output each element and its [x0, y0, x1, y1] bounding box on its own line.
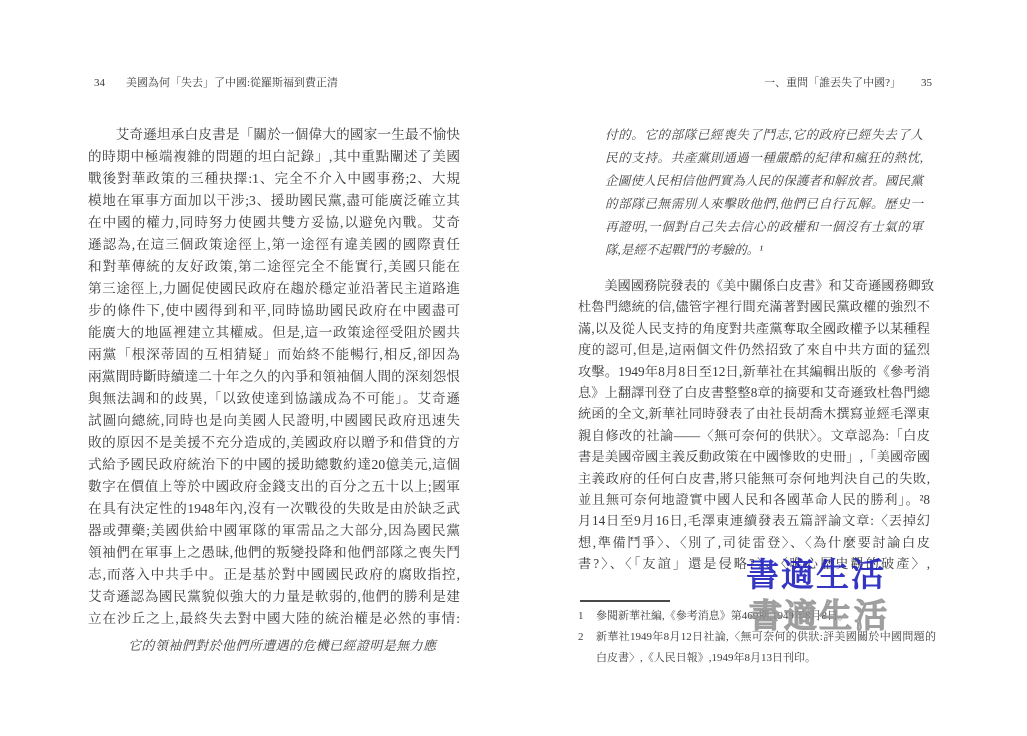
text-line: 隊,是經不起戰鬥的考驗的。¹: [605, 239, 923, 262]
text-line: 志,而落入中共手中。正是基於對中國國民政府的腐敗指控,: [88, 564, 460, 586]
text-line: 敗的原因不是美援不充分造成的,美國政府以贈予和借貸的方: [88, 432, 460, 454]
text-line: 杜魯門總統的信,儘管字裡行間充滿著對國民黨政權的強烈不: [578, 296, 930, 317]
left-page-number: 34: [94, 77, 105, 90]
text-line: 在中國的權力,同時努力使國共雙方妥協,以避免內戰。艾奇: [88, 212, 460, 234]
text-line: 步的條件下,使中國得到和平,同時協助國民政府在中國盡可: [88, 300, 460, 322]
text-line: 月14日至9月16日,毛澤東連續發表五篇評論文章:〈丟掉幻: [578, 510, 930, 531]
footnote-1-number: 1: [578, 606, 596, 627]
text-line: 的部隊已無需別人來擊敗他們,他們已自行瓦解。歷史一: [605, 193, 923, 216]
text-line: 息》上翻譯刊登了白皮書整整8章的摘要和艾奇遜致杜魯門總: [578, 382, 930, 403]
watermark-gray-outline: 書適生活: [749, 590, 889, 637]
right-page-quote: 付的。它的部隊已經喪失了鬥志,它的政府已經失去了人民的支持。共產黨則通過一種嚴酷…: [605, 124, 923, 262]
right-running-header: 一、重問「誰丟失了中國?」 35: [764, 77, 932, 90]
book-spread: 34 美國為何「失去」了中國:從羅斯福到費正清 一、重問「誰丟失了中國?」 35…: [0, 0, 1027, 736]
right-page-body-paragraph: 美國國務院發表的《美中關係白皮書》和艾奇遜國務卿致杜魯門總統的信,儘管字裡行間充…: [578, 275, 930, 574]
text-line: 第三途徑上,力圖促使國民政府在趨於穩定並沿著民主道路進: [88, 278, 460, 300]
footnote-separator-rule: [580, 600, 670, 602]
text-line: 並且無可奈何地證實中國人民和各國革命人民的勝利」。²8: [578, 489, 930, 510]
text-line: 式給予國民政府統治下的中國的援助總數約達20億美元,這個: [88, 454, 460, 476]
text-line: 再證明,一個對自己失去信心的政權和一個沒有士氣的軍: [605, 216, 923, 239]
text-line: 與無法調和的歧異,「以致使達到協議成為不可能」。艾奇遜: [88, 388, 460, 410]
text-line: 攻擊。1949年8月8日至12日,新華社在其編輯出版的《參考消: [578, 361, 930, 382]
text-line: 親自修改的社論——〈無可奈何的供狀〉。文章認為:「白皮: [578, 425, 930, 446]
text-line: 書是美國帝國主義反動政策在中國慘敗的史冊」,「美國帝國: [578, 446, 930, 467]
left-page-body-paragraph: 艾奇遜坦承白皮書是「關於一個偉大的國家一生最不愉快的時期中極端複雜的問題的坦白記…: [88, 124, 460, 630]
text-line: 兩黨「根深蒂固的互相猜疑」而始終不能暢行,相反,卻因為: [88, 344, 460, 366]
text-line: 領袖們在軍事上之愚昧,他們的叛變投降和他們部隊之喪失鬥: [88, 542, 460, 564]
text-line: 度的認可,但是,這兩個文件仍然招致了來自中共方面的猛烈: [578, 339, 930, 360]
left-page-quote: 它的領袖們對於他們所遭遇的危機已經證明是無力應: [128, 636, 436, 656]
text-line: 能廣大的地區裡建立其權威。但是,這一政策途徑受阻於國共: [88, 322, 460, 344]
text-line: 在具有決定性的1948年內,沒有一次戰役的失敗是由於缺乏武: [88, 498, 460, 520]
text-line: 戰後對華政策的三種抉擇:1、完全不介入中國事務;2、大規: [88, 168, 460, 190]
right-page-number: 35: [921, 77, 932, 90]
text-line: 主義政府的任何白皮書,將只能無可奈何地判決自己的失敗,: [578, 468, 930, 489]
text-line: 統函的全文,新華社同時發表了由社長胡喬木撰寫並經毛澤東: [578, 403, 930, 424]
text-line: 立在沙丘之上,最終失去對中國大陸的統治權是必然的事情:: [88, 608, 460, 630]
text-line: 器或彈藥;美國供給中國軍隊的軍需品之大部分,因為國民黨: [88, 520, 460, 542]
text-line: 企圖使人民相信他們實為人民的保護者和解放者。國民黨: [605, 170, 923, 193]
text-line: 付的。它的部隊已經喪失了鬥志,它的政府已經失去了人: [605, 124, 923, 147]
text-line: 遜認為,在這三個政策途徑上,第一途徑有違美國的國際責任: [88, 234, 460, 256]
text-line: 滿,以及從人民支持的角度對共產黨奪取全國政權予以某種程: [578, 318, 930, 339]
text-line: 民的支持。共產黨則通過一種嚴酷的紀律和瘋狂的熱忱,: [605, 147, 923, 170]
text-line: 兩黨間時斷時續達二十年之久的內爭和領袖個人間的深刻怨恨: [88, 366, 460, 388]
text-line: 艾奇遜認為國民黨貌似強大的力量是軟弱的,他們的勝利是建: [88, 586, 460, 608]
text-line: 它的領袖們對於他們所遭遇的危機已經證明是無力應: [128, 636, 436, 656]
left-header-title: 美國為何「失去」了中國:從羅斯福到費正清: [126, 77, 338, 90]
footnote-2-number: 2: [578, 627, 596, 669]
watermark-blue: 書適生活: [746, 549, 886, 596]
text-line: 美國國務院發表的《美中關係白皮書》和艾奇遜國務卿致: [578, 275, 930, 296]
text-line: 和對華傳統的友好政策,第二途徑完全不能實行,美國只能在: [88, 256, 460, 278]
text-line: 模地在軍事方面加以干涉;3、援助國民黨,盡可能廣泛確立其: [88, 190, 460, 212]
left-running-header: 34 美國為何「失去」了中國:從羅斯福到費正清: [94, 77, 338, 90]
text-line: 的時期中極端複雜的問題的坦白記錄」,其中重點闡述了美國: [88, 146, 460, 168]
text-line: 艾奇遜坦承白皮書是「關於一個偉大的國家一生最不愉快: [88, 124, 460, 146]
right-header-title: 一、重問「誰丟失了中國?」: [764, 77, 901, 90]
text-line: 試圖向總統,同時也是向美國人民證明,中國國民政府迅速失: [88, 410, 460, 432]
text-line: 數字在價值上等於中國政府金錢支出的百分之五十以上;國軍: [88, 476, 460, 498]
